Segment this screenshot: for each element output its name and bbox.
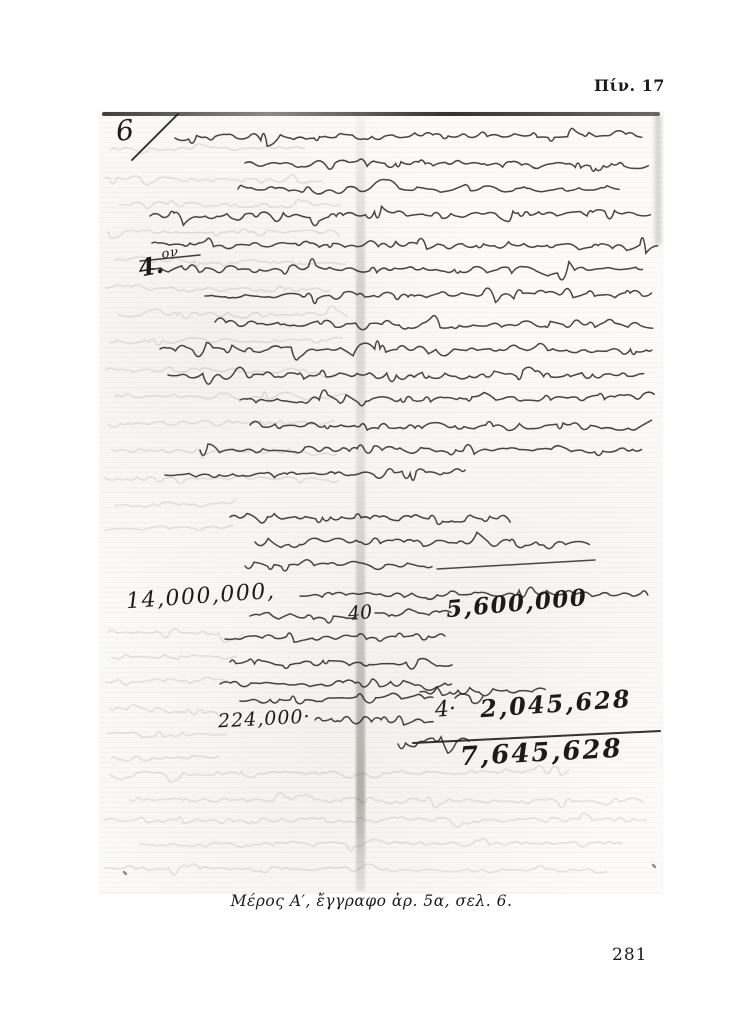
margin-item-suffix: ον — [160, 245, 180, 263]
plate-number-label: Πίν. 17 — [594, 76, 665, 95]
number-4: 4· — [434, 696, 457, 722]
book-page: { "page": { "header_label": "Πίν. 17", "… — [0, 0, 743, 1027]
handwriting-strokes — [100, 112, 662, 893]
number-40: 40 — [347, 601, 373, 625]
margin-number-6: 6 — [114, 113, 135, 148]
page-number: 281 — [612, 945, 647, 965]
manuscript-scan: 6 4.ον 14,000,000, 40 5,600,000 224,000·… — [100, 112, 662, 893]
figure-caption: Μέρος Α′, ἔγγραφο ἀρ. 5α, σελ. 6. — [0, 892, 743, 910]
